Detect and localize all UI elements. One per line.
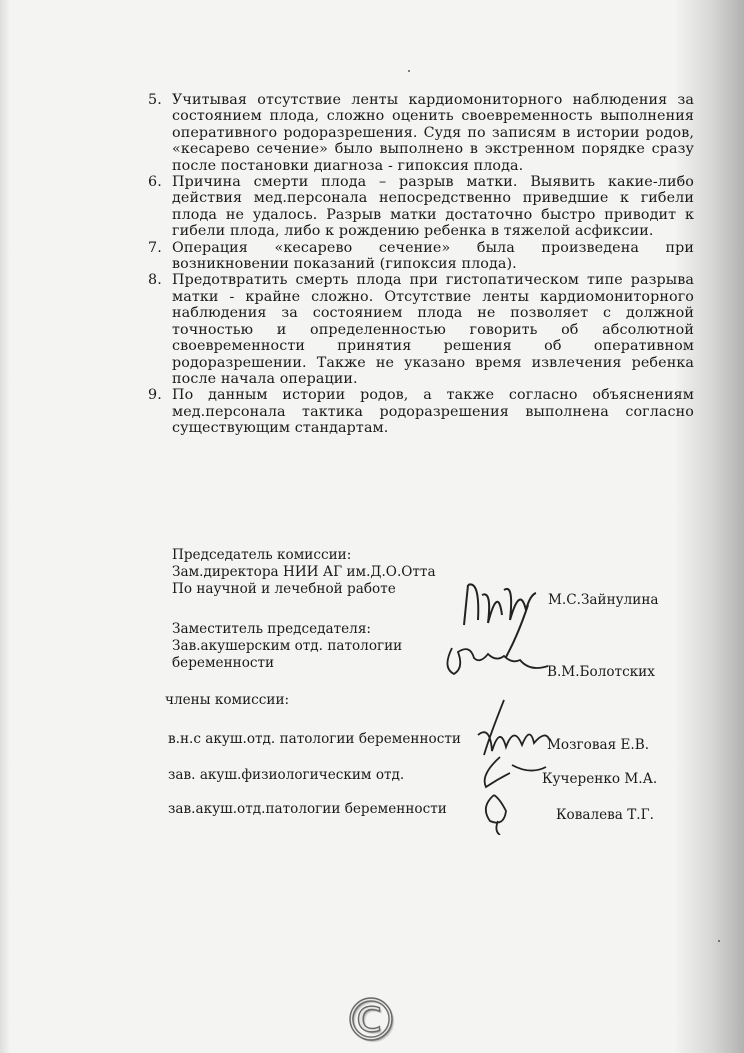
copyright-watermark: © http://www.sudmed.ru (0, 990, 744, 1050)
member-position: зав. акуш.физиологическим отд. (168, 767, 404, 784)
members-label: члены комиссии: (165, 692, 289, 709)
scan-edge-left (0, 0, 10, 1053)
item-text: По данным истории родов, а также согласн… (172, 387, 694, 436)
item-text: Учитывая отсутствие ленты кардиомониторн… (172, 92, 694, 174)
member-name: Ковалева Т.Г. (556, 807, 654, 823)
conclusion-item-5: 5. Учитывая отсутствие ленты кардиомонит… (148, 92, 694, 174)
scan-speck (718, 940, 720, 942)
deputy-position-2: беременности (172, 655, 402, 672)
conclusions-list: 5. Учитывая отсутствие ленты кардиомонит… (148, 92, 694, 437)
deputy-name: В.М.Болотских (547, 664, 655, 680)
member-position: в.н.с акуш.отд. патологии беременности (168, 731, 461, 748)
deputy-signature (440, 638, 560, 683)
item-text: Причина смерти плода – разрыв матки. Выя… (172, 174, 694, 239)
chair-position: Зам.директора НИИ АГ им.Д.О.Отта (172, 564, 436, 581)
deputy-position: Зав.акушерским отд. патологии (172, 638, 402, 655)
chair-name: М.С.Зайнулина (548, 592, 659, 608)
conclusion-item-7: 7. Операция «кесарево сечение» была прои… (148, 240, 694, 273)
item-number: 9. (148, 387, 162, 403)
item-number: 5. (148, 92, 162, 108)
conclusion-item-9: 9. По данным истории родов, а также согл… (148, 387, 694, 436)
scan-speck (408, 70, 410, 72)
member-position: зав.акуш.отд.патологии беременности (168, 801, 447, 818)
chair-block: Председатель комиссии: Зам.директора НИИ… (172, 547, 436, 598)
chair-position-2: По научной и лечебной работе (172, 581, 436, 598)
deputy-title: Заместитель председателя: (172, 621, 402, 638)
item-text: Операция «кесарево сечение» была произве… (172, 240, 694, 272)
conclusion-item-8: 8. Предотвратить смерть плода при гистоп… (148, 272, 694, 387)
scan-speck (680, 180, 682, 182)
chair-title: Председатель комиссии: (172, 547, 436, 564)
item-number: 6. (148, 174, 162, 190)
conclusion-item-6: 6. Причина смерти плода – разрыв матки. … (148, 174, 694, 240)
member-name: Мозговая Е.В. (547, 737, 649, 753)
item-number: 7. (148, 240, 162, 256)
members-signatures (470, 695, 560, 835)
item-text: Предотвратить смерть плода при гистопати… (172, 272, 694, 386)
deputy-block: Заместитель председателя: Зав.акушерским… (172, 621, 402, 672)
item-number: 8. (148, 272, 162, 288)
